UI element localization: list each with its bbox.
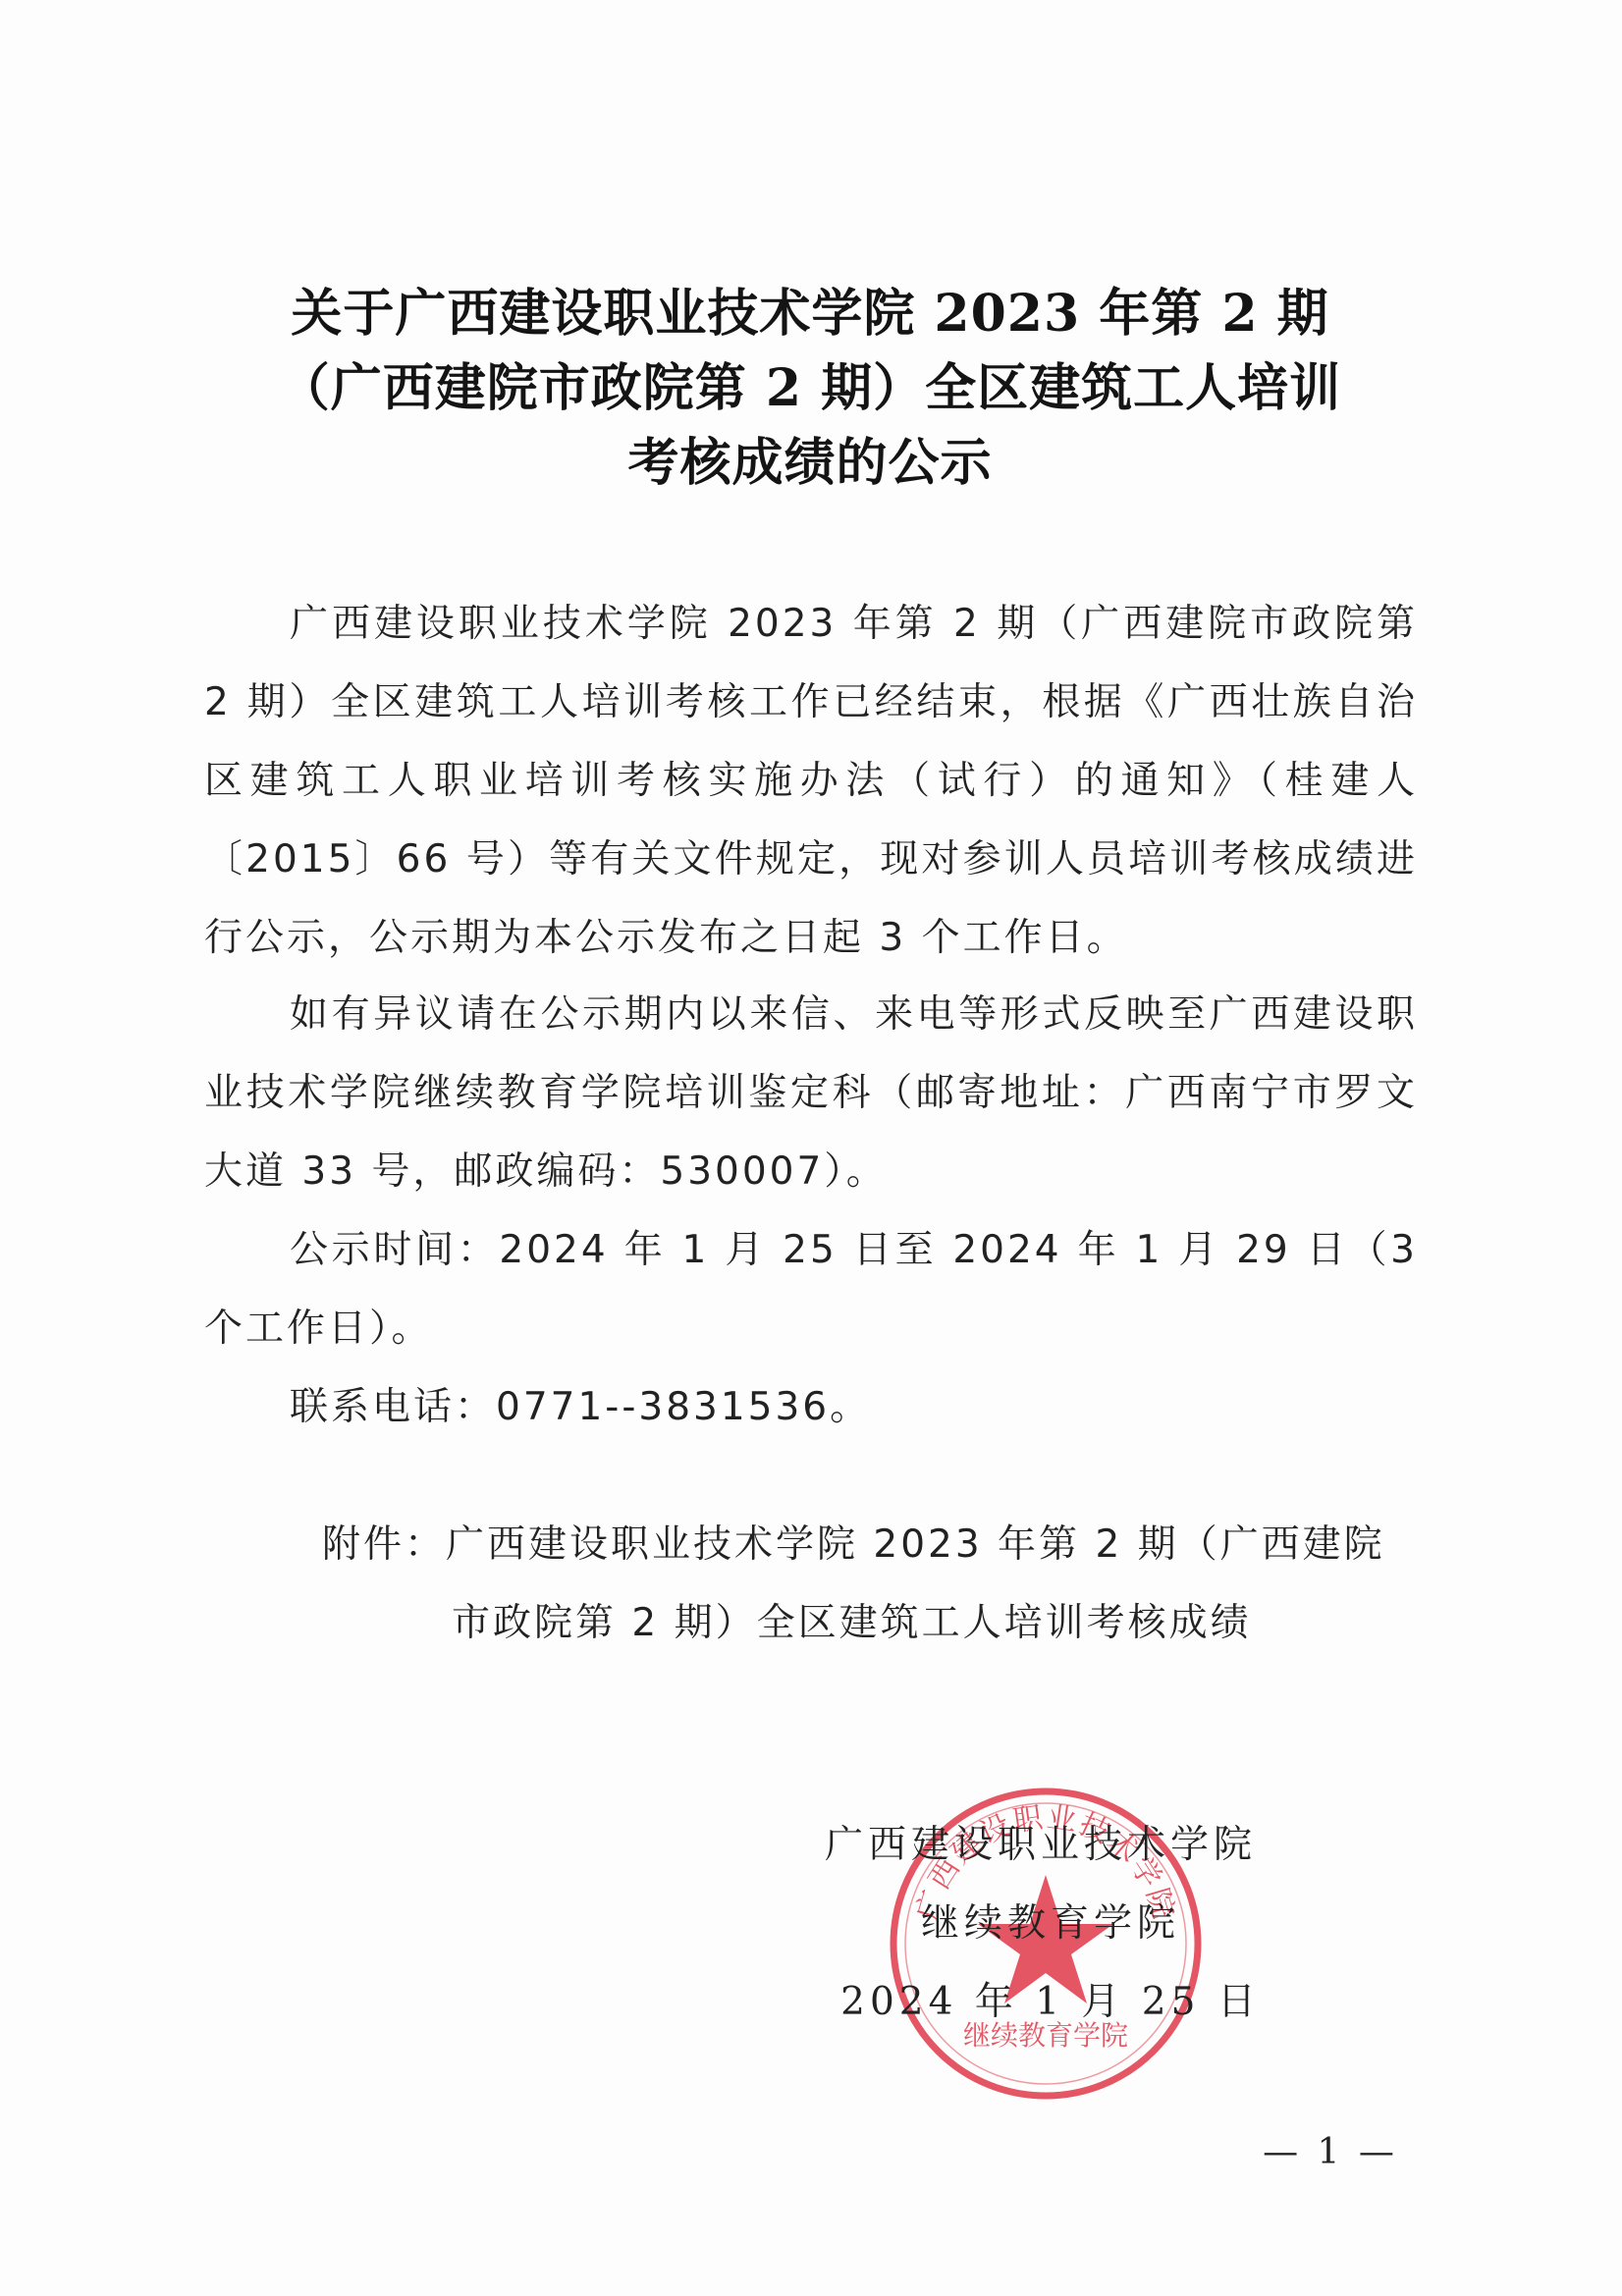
body-paragraph-objection: 如有异议请在公示期内以来信、来电等形式反映至广西建设职业技术学院继续教育学院培训… xyxy=(204,976,1418,1211)
body-paragraph-announcement: 广西建设职业技术学院 2023 年第 2 期（广西建院市政院第 2 期）全区建筑… xyxy=(204,585,1418,978)
paragraph-text: 联系电话：0771--3831536。 xyxy=(204,1368,1418,1447)
title-line-1: 关于广西建设职业技术学院 2023 年第 2 期 xyxy=(196,277,1424,351)
page-number: — 1 — xyxy=(1247,2132,1414,2172)
attachment-note: 附件：广西建设职业技术学院 2023 年第 2 期（广西建院 市政院第 2 期）… xyxy=(322,1506,1422,1663)
paragraph-text: 如有异议请在公示期内以来信、来电等形式反映至广西建设职业技术学院继续教育学院培训… xyxy=(204,976,1418,1211)
signature-block: 广西建设职业技术学院 继续教育学院 2024 年 1 月 25 日 xyxy=(785,1806,1276,2042)
signature-organization: 广西建设职业技术学院 xyxy=(785,1806,1276,1885)
signature-department: 继续教育学院 xyxy=(785,1885,1276,1963)
document-page: 关于广西建设职业技术学院 2023 年第 2 期 （广西建院市政院第 2 期）全… xyxy=(0,0,1622,2296)
title-line-2: （广西建院市政院第 2 期）全区建筑工人培训 xyxy=(196,351,1424,426)
document-title: 关于广西建设职业技术学院 2023 年第 2 期 （广西建院市政院第 2 期）全… xyxy=(196,277,1424,501)
body-paragraph-period: 公示时间：2024 年 1 月 25 日至 2024 年 1 月 29 日（3 … xyxy=(204,1211,1418,1368)
attachment-line-2: 市政院第 2 期）全区建筑工人培训考核成绩 xyxy=(322,1584,1422,1663)
signature-date: 2024 年 1 月 25 日 xyxy=(785,1963,1276,2042)
paragraph-text: 广西建设职业技术学院 2023 年第 2 期（广西建院市政院第 2 期）全区建筑… xyxy=(204,585,1418,978)
attachment-line-1: 附件：广西建设职业技术学院 2023 年第 2 期（广西建院 xyxy=(322,1506,1422,1584)
body-paragraph-phone: 联系电话：0771--3831536。 xyxy=(204,1368,1418,1447)
title-line-3: 考核成绩的公示 xyxy=(196,426,1424,501)
paragraph-text: 公示时间：2024 年 1 月 25 日至 2024 年 1 月 29 日（3 … xyxy=(204,1211,1418,1368)
